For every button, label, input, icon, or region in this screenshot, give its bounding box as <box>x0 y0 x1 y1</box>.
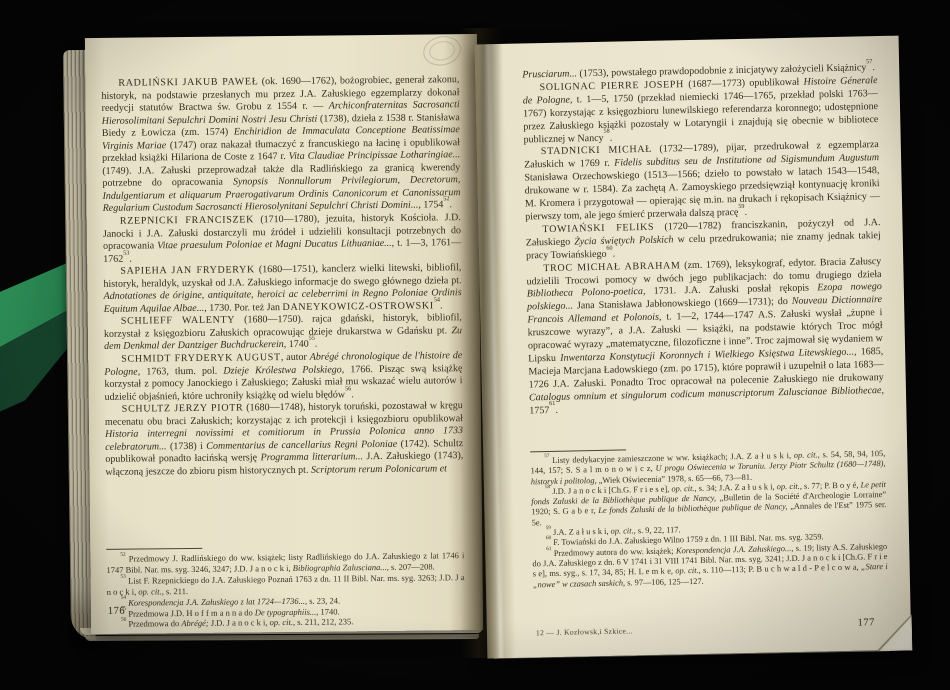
library-stamp <box>420 33 463 70</box>
paragraph: SCHMIDT FRYDERYK AUGUST, autor Abrégé ch… <box>104 350 463 404</box>
dog-ear-fold <box>865 598 912 651</box>
paragraph: TROC MICHAŁ ABRAHAM (zm. 1769), leksykog… <box>526 256 884 418</box>
book-spread: RADLIŃSKI JAKUB PAWEŁ (ok. 1690—1762), b… <box>0 0 950 690</box>
footnote: 61 Przedmowy autora do ww. książek; Kore… <box>532 542 888 591</box>
left-footnote-list: 52 Przedmowy J. Radlińskiego do ww. ksią… <box>106 550 465 630</box>
paragraph: RADLIŃSKI JAKUB PAWEŁ (ok. 1690—1762), b… <box>101 74 460 216</box>
paragraph: SCHLIEFF WALENTY (1680—1750). rajca gdań… <box>104 313 462 354</box>
right-page: Prusciarum... (1753), powstałego prawdop… <box>475 36 912 659</box>
page-edge-bottom-left-2 <box>85 634 479 641</box>
right-page-footnotes: 57 Listy dedykacyjne zamieszczone w ww. … <box>530 439 888 590</box>
left-page-text: RADLIŃSKI JAKUB PAWEŁ (ok. 1690—1762), b… <box>101 74 463 479</box>
paragraph: STADNICKI MICHAŁ (1732—1789), pijar, prz… <box>524 140 881 225</box>
paragraph: RZEPNICKI FRANCISZEK (1710—1780), jezuit… <box>103 212 462 266</box>
paragraph: SCHULTZ JERZY PIOTR (1680—1748), history… <box>105 400 464 479</box>
print-signature-line: 12 — J. Kozłowsk,i Szkice... <box>536 626 633 637</box>
right-page-text: Prusciarum... (1753), powstałego prawdop… <box>522 62 884 418</box>
footnote-rule <box>106 548 202 550</box>
footnote-rule <box>530 449 626 452</box>
left-page-footnotes: 52 Przedmowy J. Radlińskiego do ww. ksią… <box>106 540 465 630</box>
paragraph: SAPIEHA JAN FRYDERYK (1680—1751), kancle… <box>103 262 462 316</box>
footnote: 56 Przedmowa do Abrégé; J.D. J a n o c k… <box>107 616 465 631</box>
left-page: RADLIŃSKI JAKUB PAWEŁ (ok. 1690—1762), b… <box>85 34 483 634</box>
right-footnote-list: 57 Listy dedykacyjne zamieszczone w ww. … <box>530 449 888 590</box>
paragraph: SOLIGNAC PIERRE JOSEPH (1687—1773) opubl… <box>522 75 878 147</box>
page-number-left: 176 <box>108 606 125 617</box>
